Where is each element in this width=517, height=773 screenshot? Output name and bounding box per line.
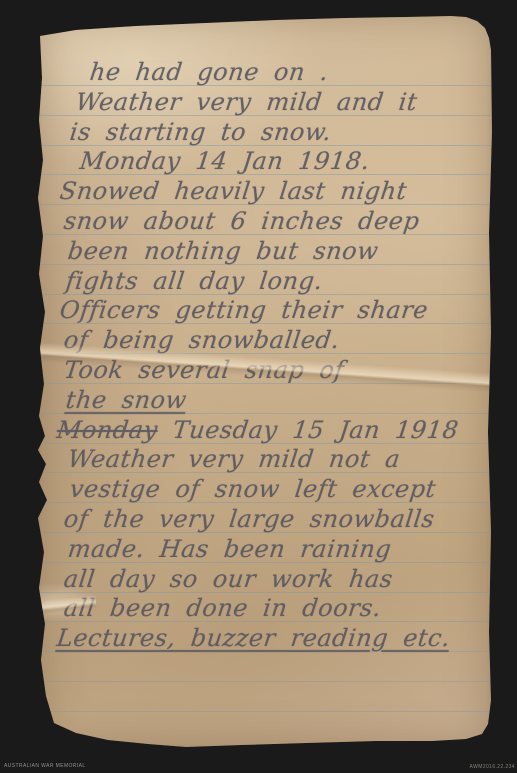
catalog-number: AWM2016.22.234 xyxy=(470,764,515,770)
handwritten-text: is starting to snow. xyxy=(68,118,333,146)
archive-credit: AUSTRALIAN WAR MEMORIAL xyxy=(4,763,86,769)
handwritten-text: fights all day long. xyxy=(64,267,324,295)
handwritten-line: made. Has been raining xyxy=(66,533,393,565)
handwritten-text: Officers getting their share xyxy=(58,296,429,324)
handwritten-text: Weather very mild and it xyxy=(74,88,419,116)
manuscript-lines: he had gone on .Weather very mild and it… xyxy=(36,12,493,750)
handwritten-text: Monday 14 Jan 1918. xyxy=(78,147,371,175)
handwritten-line: Officers getting their share xyxy=(58,294,430,326)
handwritten-line: Lectures, buzzer reading etc. xyxy=(55,622,452,654)
handwritten-line: Monday Tuesday 15 Jan 1918 xyxy=(55,414,460,446)
handwritten-line: is starting to snow. xyxy=(68,116,333,148)
handwritten-text: he had gone on . xyxy=(88,58,330,86)
handwritten-line: of the very large snowballs xyxy=(62,503,437,535)
handwritten-line: all day so our work has xyxy=(62,563,395,595)
handwritten-text: snow about 6 inches deep xyxy=(62,207,421,235)
handwritten-line: Snowed heavily last night xyxy=(58,175,409,207)
handwritten-line: Took several snap of xyxy=(62,354,346,386)
handwritten-line: fights all day long. xyxy=(64,265,325,297)
handwritten-text: the snow xyxy=(64,386,188,414)
handwritten-line: Weather very mild and it xyxy=(74,86,419,118)
diary-page: he had gone on .Weather very mild and it… xyxy=(36,12,493,750)
handwritten-line: vestige of snow left except xyxy=(68,473,438,505)
handwritten-line: been nothing but snow xyxy=(66,235,380,267)
handwritten-text: Lectures, buzzer reading etc. xyxy=(55,624,452,652)
handwritten-text: Snowed heavily last night xyxy=(58,177,408,205)
handwritten-text: Weather very mild not a xyxy=(66,445,402,473)
handwritten-text: vestige of snow left except xyxy=(68,475,437,503)
handwritten-line: Weather very mild not a xyxy=(66,443,402,475)
handwritten-text: all been done in doors. xyxy=(62,594,383,622)
struck-text: Monday xyxy=(55,416,159,444)
handwritten-line: he had gone on . xyxy=(88,56,330,88)
handwritten-line: the snow xyxy=(64,384,189,416)
handwritten-text: of the very large snowballs xyxy=(62,505,436,533)
handwritten-line: of being snowballed. xyxy=(62,324,342,356)
handwritten-text: all day so our work has xyxy=(62,565,394,593)
handwritten-text: of being snowballed. xyxy=(62,326,341,354)
handwritten-text: been nothing but snow xyxy=(66,237,380,265)
handwritten-text: Took several snap of xyxy=(62,356,345,384)
scan-background: he had gone on .Weather very mild and it… xyxy=(0,0,517,773)
handwritten-text: Tuesday 15 Jan 1918 xyxy=(156,416,460,444)
handwritten-line: snow about 6 inches deep xyxy=(62,205,421,237)
handwritten-text: made. Has been raining xyxy=(66,535,393,563)
handwritten-line: Monday 14 Jan 1918. xyxy=(78,145,372,177)
handwritten-line: all been done in doors. xyxy=(62,592,383,624)
